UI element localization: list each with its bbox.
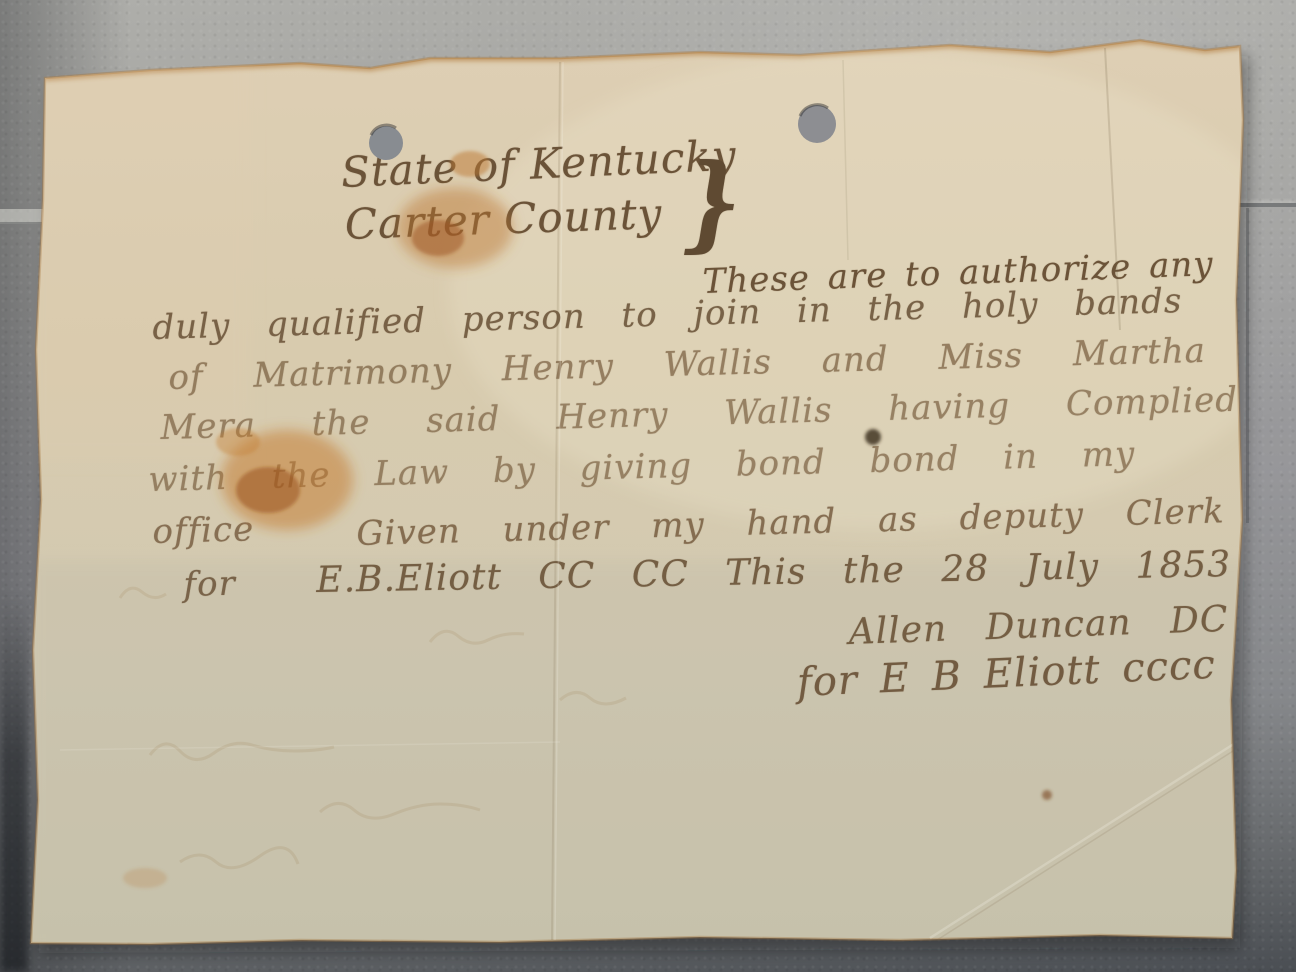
handwriting-layer: State of Kentucky Carter County } These …: [0, 0, 1296, 972]
body-line-6-office: office: [152, 509, 255, 552]
heading-brace: }: [684, 140, 742, 263]
photo-of-document: State of Kentucky Carter County } These …: [0, 0, 1296, 972]
body-line-7-date: E.B.Eliott CC CC This the 28 July 1853: [316, 544, 1231, 601]
heading-county: Carter County: [344, 189, 663, 249]
body-line-6-given: Given under my hand as deputy Clerk: [356, 491, 1225, 554]
body-line-7-for: for: [183, 564, 236, 605]
heading-state: State of Kentucky: [340, 131, 738, 197]
